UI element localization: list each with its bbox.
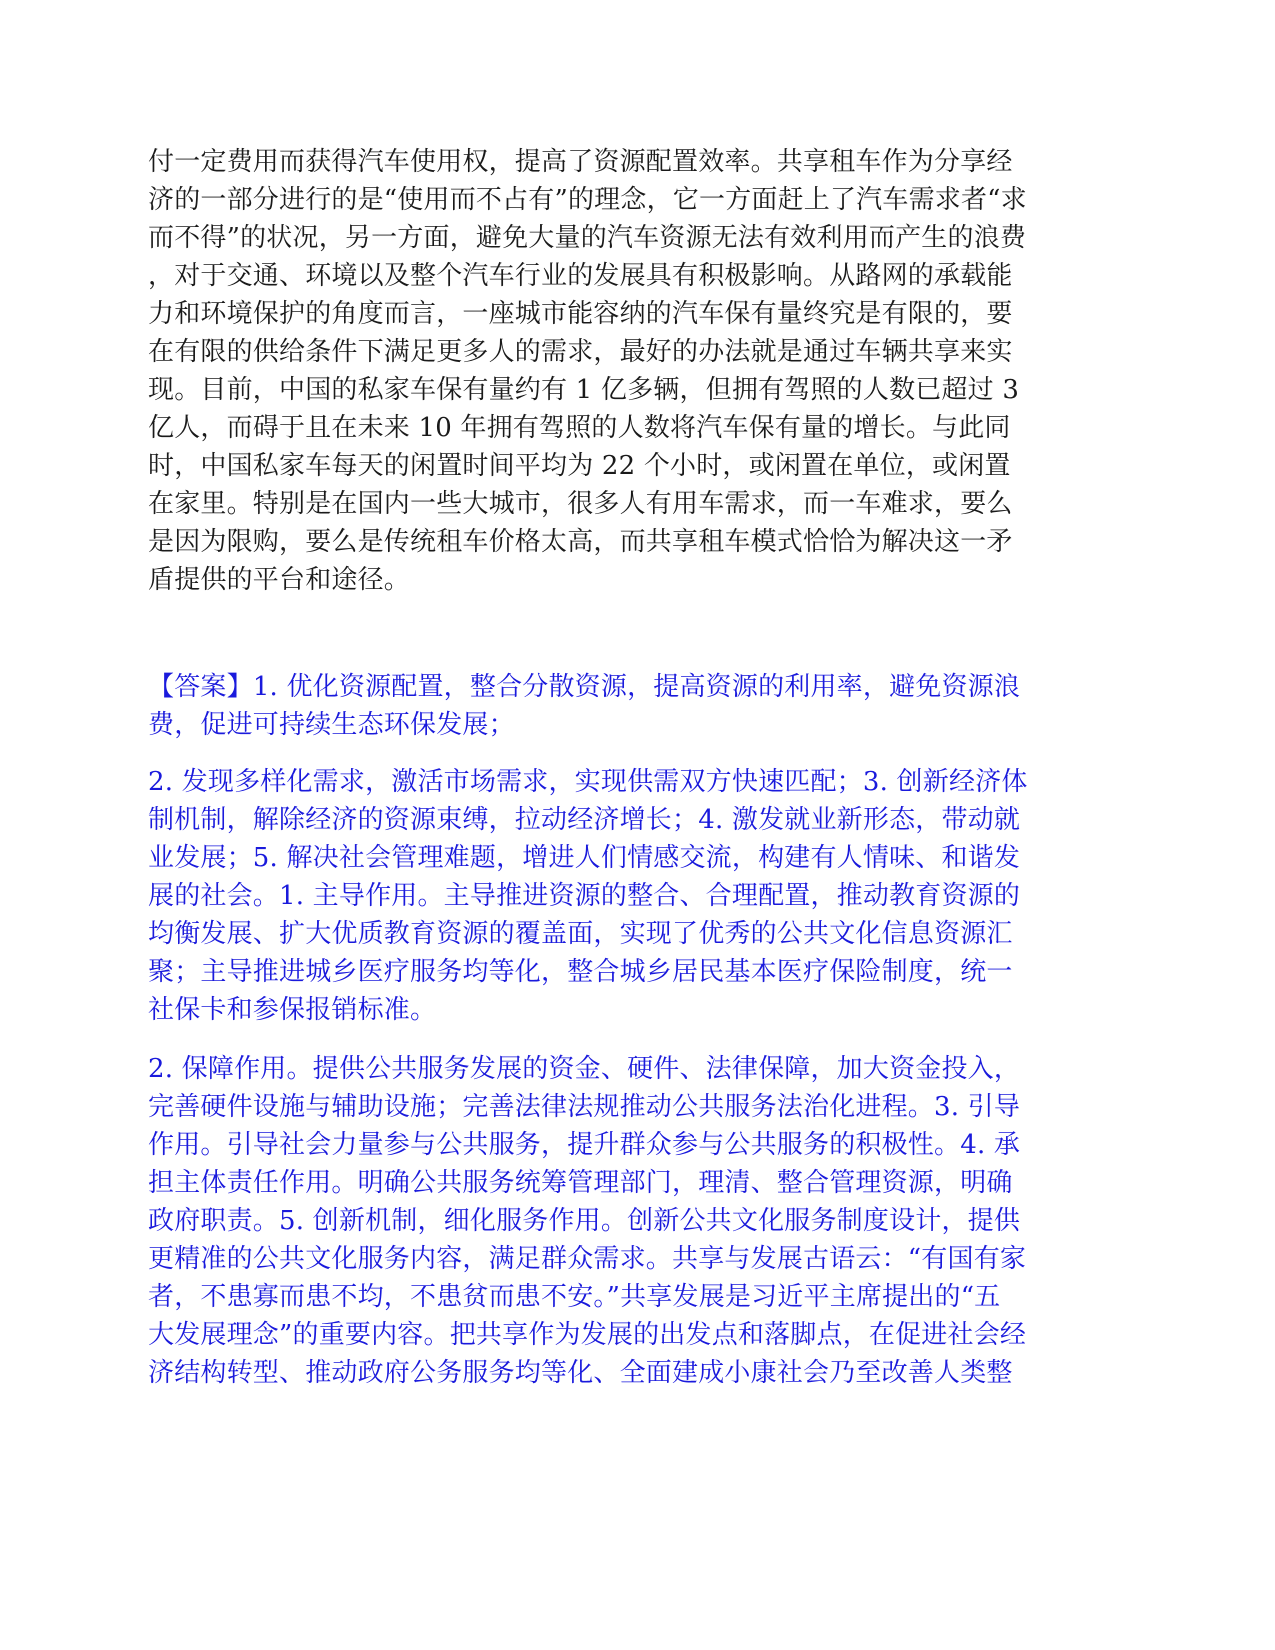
passage-line: 济的一部分进行的是“使用而不占有”的理念，它一方面赶上了汽车需求者“求 bbox=[148, 181, 1027, 219]
answer-line: 2. 保障作用。提供公共服务发展的资金、硬件、法律保障，加大资金投入， bbox=[148, 1050, 1020, 1088]
answer-text: 1. 优化资源配置，整合分散资源，提高资源的利用率，避免资源浪 bbox=[253, 672, 1020, 702]
answer-line: 展的社会。1. 主导作用。主导推进资源的整合、合理配置，推动教育资源的 bbox=[148, 877, 1020, 915]
answer-line: 作用。引导社会力量参与公共服务，提升群众参与公共服务的积极性。4. 承 bbox=[148, 1126, 1020, 1164]
answer-line: 聚；主导推进城乡医疗服务均等化，整合城乡居民基本医疗保险制度，统一 bbox=[148, 953, 1013, 991]
answer-line: 济结构转型、推动政府公务服务均等化、全面建成小康社会乃至改善人类整 bbox=[148, 1354, 1013, 1392]
answer-line: 费，促进可持续生态环保发展； bbox=[148, 706, 515, 744]
passage-line: 在家里。特别是在国内一些大城市，很多人有用车需求，而一车难求，要么 bbox=[148, 485, 1013, 523]
answer-line: 制机制，解除经济的资源束缚，拉动经济增长；4. 激发就业新形态，带动就 bbox=[148, 801, 1020, 839]
answer-line: 者，不患寡而患不均，不患贫而患不安。”共享发展是习近平主席提出的“五 bbox=[148, 1278, 1000, 1316]
answer-line: 更精准的公共文化服务内容，满足群众需求。共享与发展古语云：“有国有家 bbox=[148, 1240, 1026, 1278]
passage-line: 而不得”的状况，另一方面，避免大量的汽车资源无法有效利用而产生的浪费 bbox=[148, 219, 1026, 257]
document-page: 付一定费用而获得汽车使用权，提高了资源配置效率。共享租车作为分享经 济的一部分进… bbox=[0, 0, 1275, 1650]
answer-line: 政府职责。5. 创新机制，细化服务作用。创新公共文化服务制度设计，提供 bbox=[148, 1202, 1020, 1240]
passage-line: ，对于交通、环境以及整个汽车行业的发展具有积极影响。从路网的承载能 bbox=[148, 257, 1013, 295]
answer-line: 2. 发现多样化需求，激活市场需求，实现供需双方快速匹配；3. 创新经济体 bbox=[148, 763, 1028, 801]
answer-line: 完善硬件设施与辅助设施；完善法律法规推动公共服务法治化进程。3. 引导 bbox=[148, 1088, 1020, 1126]
passage-line: 付一定费用而获得汽车使用权，提高了资源配置效率。共享租车作为分享经 bbox=[148, 143, 1013, 181]
passage-line: 现。目前，中国的私家车保有量约有 1 亿多辆，但拥有驾照的人数已超过 3 bbox=[148, 371, 1019, 409]
answer-label: 【答案】 bbox=[148, 672, 253, 702]
passage-line: 亿人，而碍于且在未来 10 年拥有驾照的人数将汽车保有量的增长。与此同 bbox=[148, 409, 1011, 447]
answer-line: 社保卡和参保报销标准。 bbox=[148, 991, 436, 1029]
passage-line: 是因为限购，要么是传统租车价格太高，而共享租车模式恰恰为解决这一矛 bbox=[148, 523, 1013, 561]
answer-line: 【答案】1. 优化资源配置，整合分散资源，提高资源的利用率，避免资源浪 bbox=[148, 668, 1020, 706]
passage-line: 时，中国私家车每天的闲置时间平均为 22 个小时，或闲置在单位，或闲置 bbox=[148, 447, 1011, 485]
passage-line: 力和环境保护的角度而言，一座城市能容纳的汽车保有量终究是有限的，要 bbox=[148, 295, 1013, 333]
answer-line: 大发展理念”的重要内容。把共享作为发展的出发点和落脚点，在促进社会经 bbox=[148, 1316, 1026, 1354]
passage-line: 盾提供的平台和途径。 bbox=[148, 561, 410, 599]
passage-line: 在有限的供给条件下满足更多人的需求，最好的办法就是通过车辆共享来实 bbox=[148, 333, 1013, 371]
answer-line: 担主体责任作用。明确公共服务统筹管理部门，理清、整合管理资源，明确 bbox=[148, 1164, 1013, 1202]
answer-line: 业发展；5. 解决社会管理难题，增进人们情感交流，构建有人情味、和谐发 bbox=[148, 839, 1020, 877]
answer-line: 均衡发展、扩大优质教育资源的覆盖面，实现了优秀的公共文化信息资源汇 bbox=[148, 915, 1013, 953]
